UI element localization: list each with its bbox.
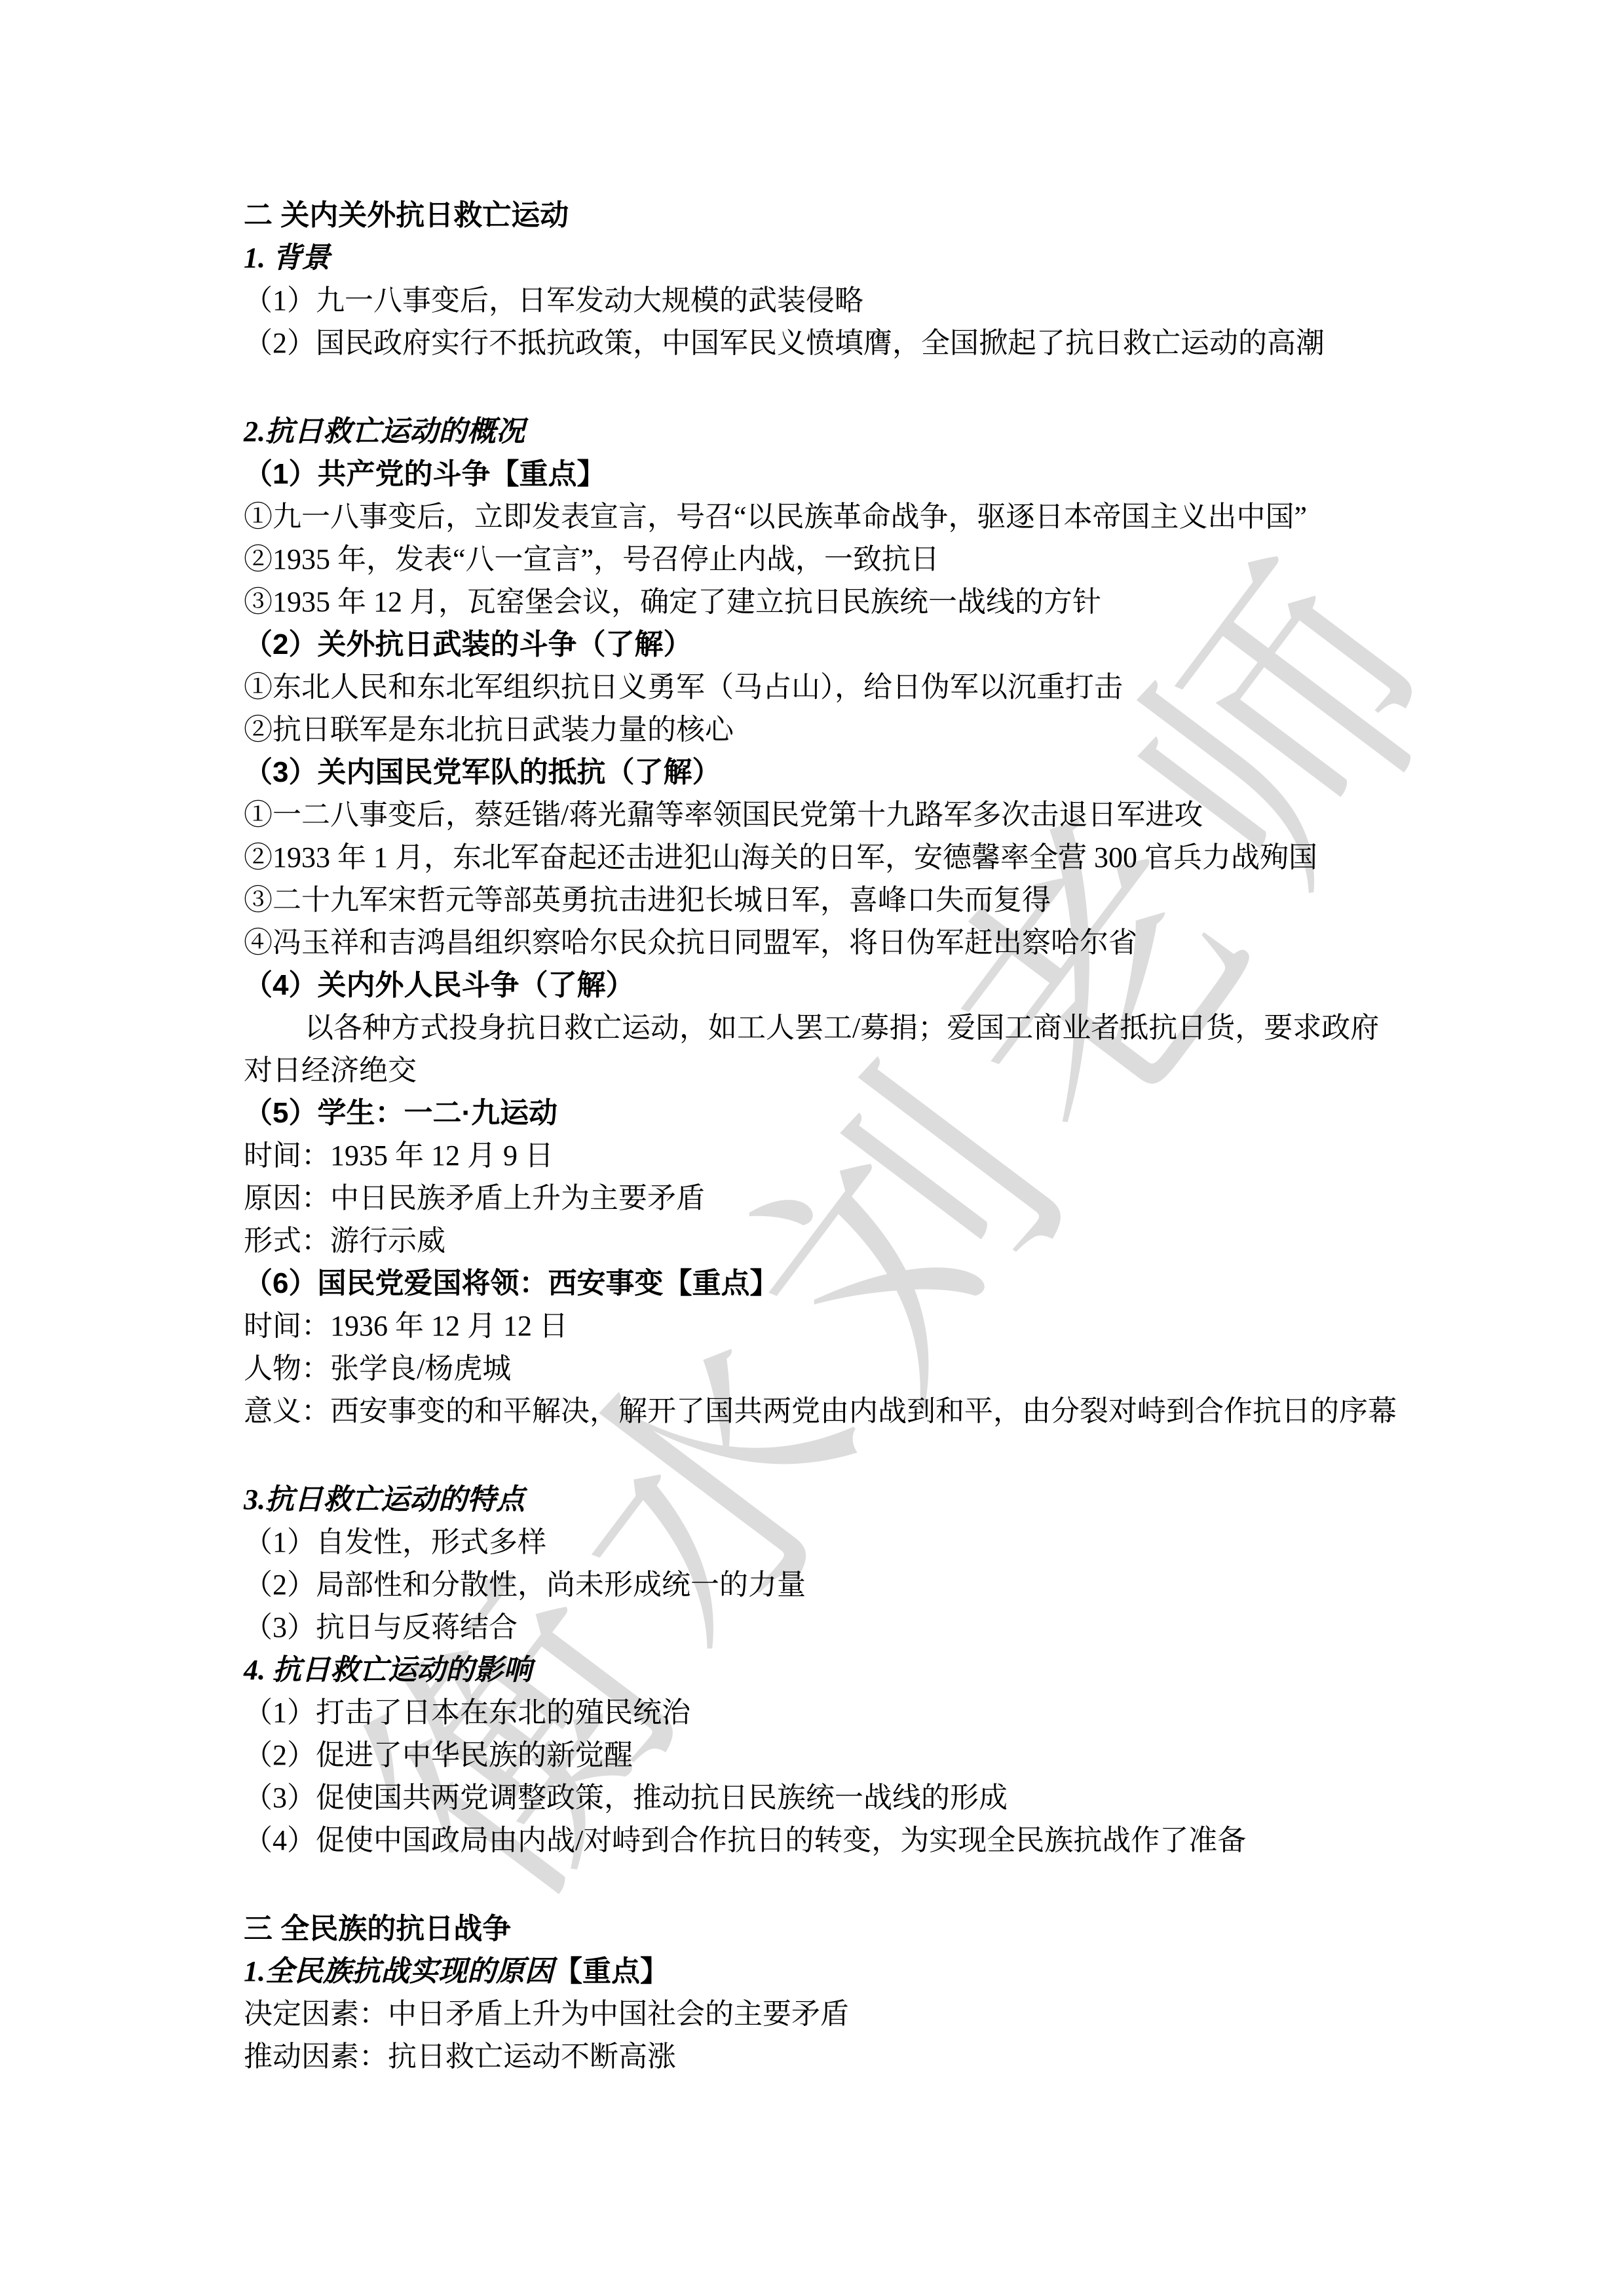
document-page: 衡水刘老师 二 关内关外抗日救亡运动 1. 背景 （1）九一八事变后，日军发动大…	[0, 0, 1624, 2296]
sub-heading: （6）国民党爱国将领：西安事变【重点】	[244, 1262, 1416, 1305]
body-line: ②抗日联军是东北抗日武装力量的核心	[244, 708, 1416, 751]
body-line: （2）国民政府实行不抵抗政策，中国军民义愤填膺，全国掀起了抗日救亡运动的高潮	[244, 322, 1416, 364]
numbered-heading: 1. 背景	[244, 237, 1416, 279]
blank-line	[244, 1432, 1416, 1478]
sub-heading: （3）关内国民党军队的抵抗（了解）	[244, 751, 1416, 794]
sub-heading: （1）共产党的斗争【重点】	[244, 453, 1416, 495]
body-line: 形式：游行示威	[244, 1219, 1416, 1262]
body-line: 人物：张学良/杨虎城	[244, 1347, 1416, 1390]
numbered-heading-with-tag: 1.全民族抗战实现的原因【重点】	[244, 1950, 1416, 1993]
numbered-heading-text: 1.全民族抗战实现的原因	[244, 1955, 554, 1987]
body-line: ③1935 年 12 月，瓦窑堡会议，确定了建立抗日民族统一战线的方针	[244, 581, 1416, 623]
body-line: （2）促进了中华民族的新觉醒	[244, 1734, 1416, 1776]
numbered-heading: 3.抗日救亡运动的特点	[244, 1478, 1416, 1521]
body-line: 意义：西安事变的和平解决，解开了国共两党由内战到和平，由分裂对峙到合作抗日的序幕	[244, 1390, 1416, 1432]
body-line: （4）促使中国政局由内战/对峙到合作抗日的转变，为实现全民族抗战作了准备	[244, 1819, 1416, 1862]
body-line-indented: 以各种方式投身抗日救亡运动，如工人罢工/募捐；爱国工商业者抵抗日货，要求政府	[244, 1006, 1416, 1049]
body-line: ①九一八事变后，立即发表宣言，号召“以民族革命战争，驱逐日本帝国主义出中国”	[244, 495, 1416, 538]
sub-heading: （4）关内外人民斗争（了解）	[244, 964, 1416, 1006]
sub-heading: （2）关外抗日武装的斗争（了解）	[244, 623, 1416, 666]
body-line: （1）自发性，形式多样	[244, 1521, 1416, 1563]
body-line: （1）九一八事变后，日军发动大规模的武装侵略	[244, 279, 1416, 322]
body-line: 决定因素：中日矛盾上升为中国社会的主要矛盾	[244, 1993, 1416, 2035]
blank-line	[244, 364, 1416, 410]
sub-heading: （5）学生：一二·九运动	[244, 1092, 1416, 1134]
body-line: 推动因素：抗日救亡运动不断高涨	[244, 2035, 1416, 2078]
body-line: （2）局部性和分散性，尚未形成统一的力量	[244, 1563, 1416, 1606]
body-line: 时间：1935 年 12 月 9 日	[244, 1134, 1416, 1177]
section-heading: 三 全民族的抗日战争	[244, 1907, 1416, 1950]
document-content: 二 关内关外抗日救亡运动 1. 背景 （1）九一八事变后，日军发动大规模的武装侵…	[244, 194, 1416, 2078]
body-line: ①一二八事变后，蔡廷锴/蒋光鼐等率领国民党第十九路军多次击退日军进攻	[244, 794, 1416, 836]
section-heading: 二 关内关外抗日救亡运动	[244, 194, 1416, 237]
body-line: ②1935 年，发表“八一宣言”，号召停止内战，一致抗日	[244, 538, 1416, 581]
body-line: ④冯玉祥和吉鸿昌组织察哈尔民众抗日同盟军，将日伪军赶出察哈尔省	[244, 921, 1416, 964]
numbered-heading: 4. 抗日救亡运动的影响	[244, 1649, 1416, 1691]
body-line: （3）抗日与反蒋结合	[244, 1606, 1416, 1649]
body-line: 原因：中日民族矛盾上升为主要矛盾	[244, 1177, 1416, 1219]
body-line: 对日经济绝交	[244, 1049, 1416, 1092]
body-line: ③二十九军宋哲元等部英勇抗击进犯长城日军，喜峰口失而复得	[244, 879, 1416, 921]
body-line: （3）促使国共两党调整政策，推动抗日民族统一战线的形成	[244, 1776, 1416, 1819]
numbered-heading: 2.抗日救亡运动的概况	[244, 410, 1416, 453]
key-point-tag: 【重点】	[554, 1955, 669, 1987]
body-line: ①东北人民和东北军组织抗日义勇军（马占山），给日伪军以沉重打击	[244, 666, 1416, 708]
body-line: 时间：1936 年 12 月 12 日	[244, 1305, 1416, 1347]
body-line: ②1933 年 1 月，东北军奋起还击进犯山海关的日军，安德馨率全营 300 官…	[244, 836, 1416, 879]
body-line: （1）打击了日本在东北的殖民统治	[244, 1691, 1416, 1734]
blank-line	[244, 1862, 1416, 1907]
